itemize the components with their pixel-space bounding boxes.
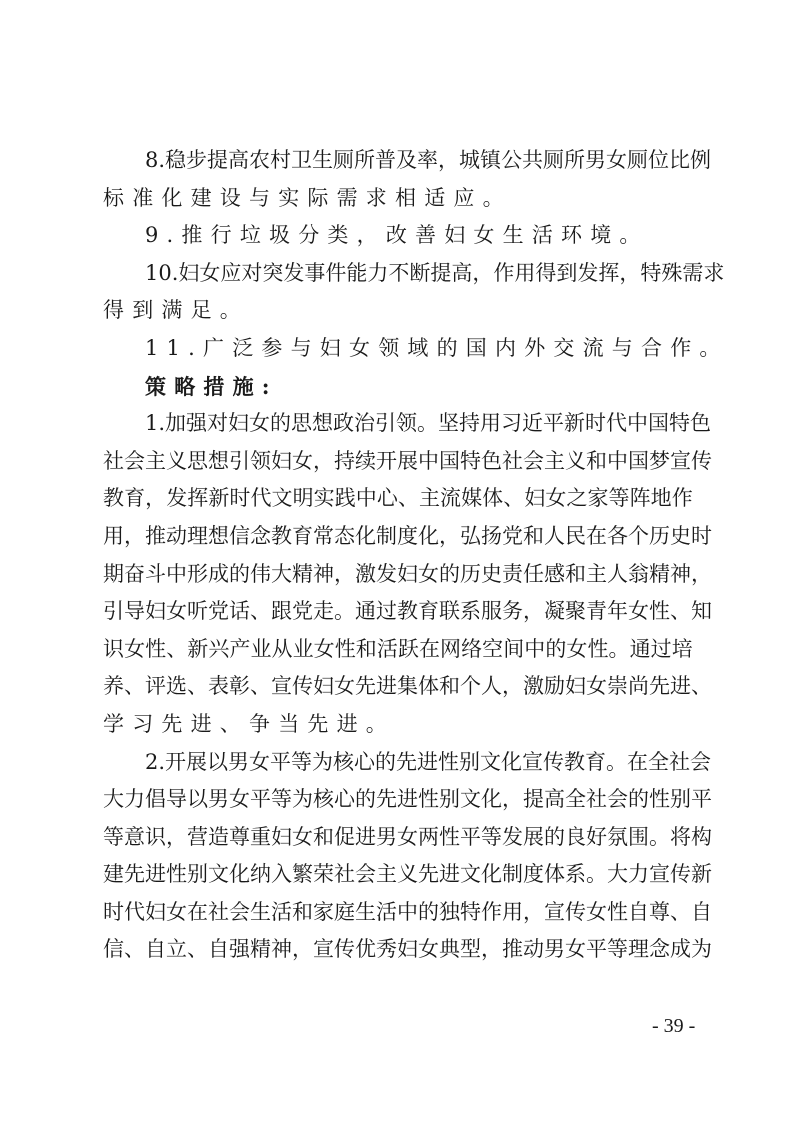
measure-2-line-6: 信、自立、自强精神，宣传优秀妇女典型，推动男女平等理念成为 [103, 931, 693, 969]
goal-11-line-1: 11.广泛参与妇女领域的国内外交流与合作。 [103, 330, 693, 368]
goal-10-line-2: 得到满足。 [103, 292, 693, 330]
measure-1-line-5: 期奋斗中形成的伟大精神，激发妇女的历史责任感和主人翁精神， [103, 556, 693, 594]
strategy-heading: 策略措施: [103, 368, 693, 406]
measure-2-line-4: 建先进性别文化纳入繁荣社会主义先进文化制度体系。大力宣传新 [103, 856, 693, 894]
measure-1-line-2: 社会主义思想引领妇女，持续开展中国特色社会主义和中国梦宣传 [103, 443, 693, 481]
measure-2-line-1: 2.开展以男女平等为核心的先进性别文化宣传教育。在全社会 [103, 744, 693, 782]
goal-10-line-1: 10.妇女应对突发事件能力不断提高，作用得到发挥，特殊需求 [103, 255, 693, 293]
goal-8-line-2: 标准化建设与实际需求相适应。 [103, 180, 693, 218]
measure-2-line-3: 等意识，营造尊重妇女和促进男女两性平等发展的良好氛围。将构 [103, 819, 693, 857]
goal-9-line-1: 9.推行垃圾分类，改善妇女生活环境。 [103, 217, 693, 255]
measure-1-line-1: 1.加强对妇女的思想政治引领。坚持用习近平新时代中国特色 [103, 405, 693, 443]
page-number: - 39 - [652, 1015, 695, 1038]
measure-2-line-2: 大力倡导以男女平等为核心的先进性别文化，提高全社会的性别平 [103, 781, 693, 819]
measure-1-line-9: 学习先进、争当先进。 [103, 706, 693, 744]
measure-1-line-3: 教育，发挥新时代文明实践中心、主流媒体、妇女之家等阵地作 [103, 480, 693, 518]
measure-1-line-6: 引导妇女听党话、跟党走。通过教育联系服务，凝聚青年女性、知 [103, 593, 693, 631]
measure-1-line-7: 识女性、新兴产业从业女性和活跃在网络空间中的女性。通过培 [103, 631, 693, 669]
measure-2-line-5: 时代妇女在社会生活和家庭生活中的独特作用，宣传女性自尊、自 [103, 894, 693, 932]
document-body: 8.稳步提高农村卫生厕所普及率，城镇公共厕所男女厕位比例 标准化建设与实际需求相… [103, 142, 693, 969]
measure-1-line-8: 养、评选、表彰、宣传妇女先进集体和个人，激励妇女崇尚先进、 [103, 668, 693, 706]
goal-8-line-1: 8.稳步提高农村卫生厕所普及率，城镇公共厕所男女厕位比例 [103, 142, 693, 180]
measure-1-line-4: 用，推动理想信念教育常态化制度化，弘扬党和人民在各个历史时 [103, 518, 693, 556]
